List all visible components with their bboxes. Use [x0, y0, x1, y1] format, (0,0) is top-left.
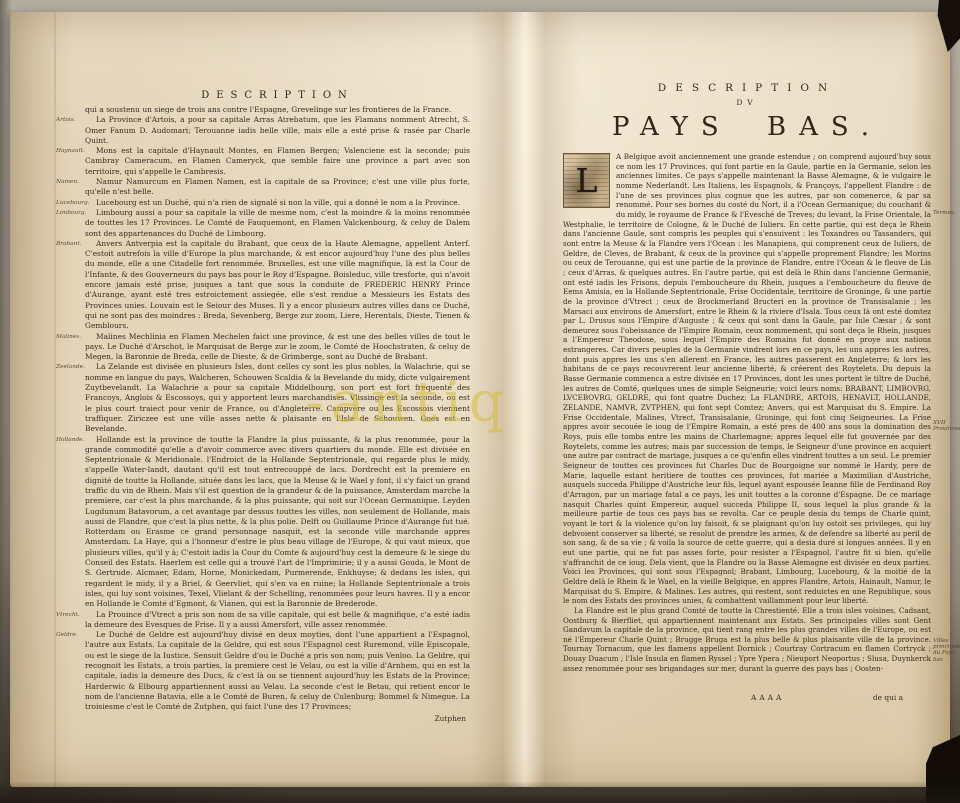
paragraph-geldre: Geldre.Le Duché de Geldre est aujourd'hu… [85, 630, 470, 712]
margin-label-vtrecht: Vtrecht. [56, 612, 83, 618]
page-right: DESCRIPTION DV PAYS BAS. L A Belgique av… [563, 82, 931, 742]
paragraph-namen: Namen.Namur Namurcum en Flamen Namen, es… [85, 177, 470, 198]
left-running-title: DESCRIPTION [85, 90, 470, 101]
scan-shadow-left [0, 0, 12, 803]
margin-note-termes: Termes. [933, 210, 960, 216]
page-title: PAYS BAS. [563, 112, 931, 142]
catchword-right: de qui a [873, 693, 903, 702]
left-text-block: qui a soustenu un siege de trois ans con… [85, 105, 470, 713]
paragraph-continuation: qui a soustenu un siege de trois ans con… [85, 105, 470, 115]
margin-label-haynault: Haynault. [56, 148, 83, 154]
paragraph-malines: Malines.Malines Mechlinia en Flamen Mech… [85, 332, 470, 363]
page-left: DESCRIPTION qui a soustenu un siege de t… [85, 90, 470, 730]
right-title-line-2: DV [563, 98, 931, 107]
book-spread: DESCRIPTION qui a soustenu un siege de t… [10, 12, 950, 787]
margin-label-hollande: Hollande. [56, 437, 83, 443]
margin-label-zeelande: Zeelande. [56, 364, 83, 370]
right-title-line-1: DESCRIPTION [563, 82, 931, 94]
margin-label-limbourg: Limbourg. [56, 210, 83, 216]
margin-label-namen: Namen. [56, 179, 83, 185]
paragraph-hollande: Hollande.Hollande est la province de tou… [85, 435, 470, 610]
paragraph-brabant: Brabant.Anvers Antverpia est la capitale… [85, 239, 470, 332]
paragraph-belgique: A Belgique avoit anciennement une grande… [563, 152, 931, 606]
signature-line: AAAA de qui a [563, 693, 931, 705]
paragraph-haynault: Haynault.Mons est la capitale d'Haynault… [85, 146, 470, 177]
scan-background: DESCRIPTION qui a soustenu un siege de t… [0, 0, 960, 803]
margin-label-malines: Malines. [56, 334, 83, 340]
scan-shadow-bottom [0, 781, 960, 803]
paragraph-limbourg: Limbourg.Limbourg aussi a pour sa capita… [85, 208, 470, 239]
right-text-block: L A Belgique avoit anciennement une gran… [563, 152, 931, 692]
margin-note-xvii-provinces: XVII Provinces. [933, 420, 960, 432]
margin-label-lucebourg: Lucebourg. [56, 200, 83, 206]
paragraph-zeelande: Zeelande.La Zelande est divisée en plusi… [85, 362, 470, 434]
signature-mark: AAAA [751, 693, 784, 702]
paragraph-vtrecht: Vtrecht.La Prouince d'Vtrect a pris son … [85, 610, 470, 631]
leaf-edge [54, 12, 56, 787]
paragraph-flandre: La Flandre est le plus grand Comté de to… [563, 606, 931, 674]
margin-label-geldre: Geldre. [56, 632, 83, 638]
margin-note-villes-principales: Villes principales du Pays bas [933, 638, 960, 663]
margin-label-brabant: Brabant. [56, 241, 83, 247]
paragraph-artois: Artois.La Province d'Artois, a pour sa c… [85, 115, 470, 146]
margin-label-artois: Artois. [56, 117, 83, 123]
paragraph-lucebourg: Lucebourg.Lucebourg est un Duché, qui n'… [85, 198, 470, 208]
catchword-left: Zutphen [85, 714, 470, 723]
